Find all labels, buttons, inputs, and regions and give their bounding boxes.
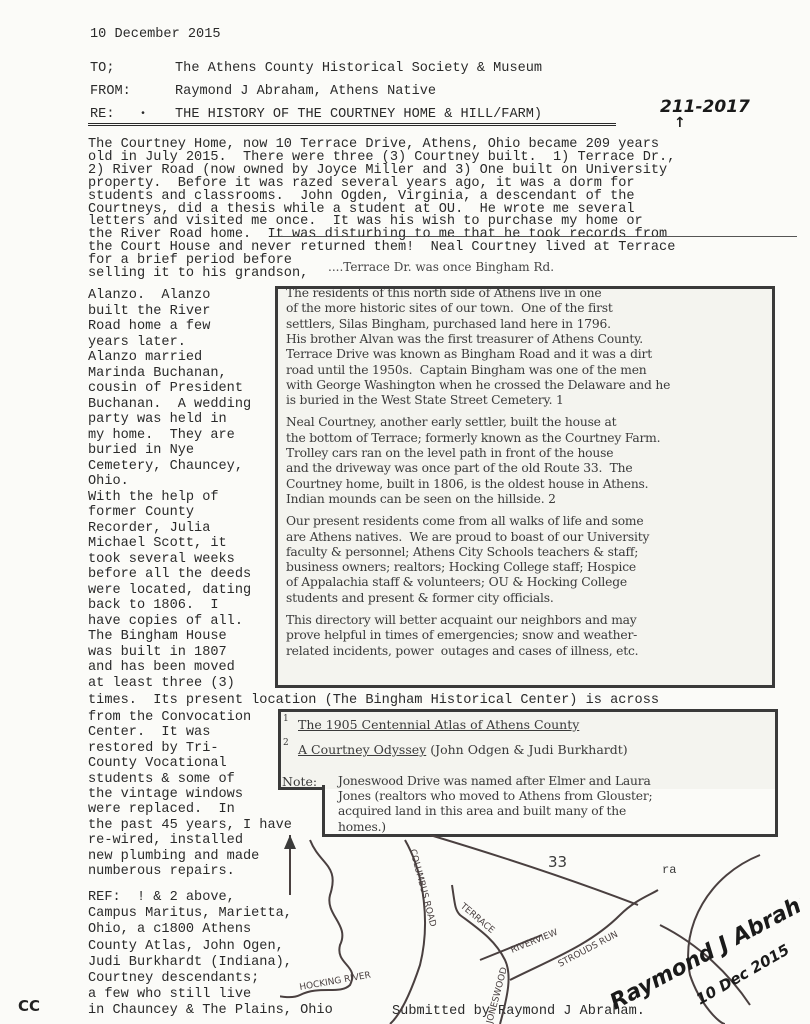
clipping-line: road until the 1950s. Captain Bingham wa… — [286, 363, 647, 378]
clipping-line: Terrace Drive was known as Bingham Road … — [286, 347, 652, 362]
left-column-line: Marinda Buchanan, — [88, 366, 227, 381]
left-column-line: Alanzo married — [88, 350, 202, 365]
left-column-2-line: the vintage windows — [88, 787, 243, 802]
re-value: THE HISTORY OF THE COURTNEY HOME & HILL/… — [175, 107, 542, 122]
left-column-line: former County — [88, 505, 194, 520]
route-33-line — [430, 835, 638, 905]
footnote-1-number: 1 — [283, 714, 289, 724]
re-underline — [88, 123, 616, 126]
left-column-line: have copies of all. — [88, 614, 243, 629]
clipping-box: The residents of this north side of Athe… — [275, 286, 775, 688]
to-label: TO; — [90, 61, 114, 76]
reference-line: a few who still live — [88, 987, 251, 1002]
left-column-line: years later. — [88, 335, 186, 350]
footnote-1-title: The 1905 Centennial Atlas of Athens Coun… — [298, 717, 579, 732]
left-column-2-line: students & some of — [88, 772, 235, 787]
clipping-line: prove helpful in times of emergencies; s… — [286, 628, 637, 643]
clipping-line: The residents of this north side of Athe… — [286, 286, 601, 301]
clipping-line: This directory will better acquaint our … — [286, 613, 637, 628]
left-column-line: party was held in — [88, 412, 227, 427]
handwritten-reference: 211-2017 — [660, 97, 750, 117]
letter-date: 10 December 2015 — [90, 27, 221, 42]
clipping-line: of the more historic sites of our town. … — [286, 301, 613, 316]
reference-line: Courtney descendants; — [88, 971, 259, 986]
clipping-line: related incidents, power outages and cas… — [286, 644, 638, 659]
note-line: acquired land in this area and built man… — [338, 804, 626, 819]
from-label: FROM: — [90, 84, 131, 99]
map-label-riverview: RIVERVIEW — [509, 928, 559, 956]
note-label: Note: — [282, 774, 317, 789]
map-label-strouds-run: STROUDS RUN — [557, 930, 620, 970]
left-column-2-line: restored by Tri- — [88, 741, 219, 756]
note-line: homes.) — [338, 820, 386, 835]
to-value: The Athens County Historical Society & M… — [175, 61, 542, 76]
left-column-line: were located, dating — [88, 583, 251, 598]
left-column-line: Buchanan. A wedding — [88, 397, 251, 412]
clipping-line: faculty & personnel; Athens City Schools… — [286, 545, 638, 560]
route-33-label: 33 — [548, 853, 567, 871]
left-column-2-line: County Vocational — [88, 756, 227, 771]
re-label: RE: — [90, 107, 114, 122]
left-column-2-line: were replaced. In — [88, 802, 235, 817]
left-column-line: my home. They are — [88, 428, 235, 443]
left-column-line: Cemetery, Chauncey, — [88, 459, 243, 474]
clipping-line: Indian mounds can be seen on the hillsid… — [286, 492, 556, 507]
left-column-line: Ohio. — [88, 474, 129, 489]
left-column-2-line: Center. It was — [88, 725, 210, 740]
clipping-line: Our present residents come from all walk… — [286, 514, 643, 529]
clipping-line: are Athens natives. We are proud to boas… — [286, 530, 649, 545]
left-column-line: took several weeks — [88, 552, 235, 567]
clipping-line: and the driveway was once part of the ol… — [286, 461, 632, 476]
stray-text: ra — [662, 863, 676, 877]
footnote-2-number: 2 — [283, 738, 289, 748]
footnote-2-authors: (John Odgen & Judi Burkhardt) — [426, 742, 627, 757]
left-column-line: With the help of — [88, 490, 219, 505]
clipping-line: with George Washington when he crossed t… — [286, 378, 670, 393]
left-column-2-line: new plumbing and made — [88, 849, 259, 864]
clipping-line: Courtney home, built in 1806, is the old… — [286, 477, 648, 492]
reference-line: Judi Burkhardt (Indiana), — [88, 955, 292, 970]
left-column-line: was built in 1807 — [88, 645, 227, 660]
clipping-line: Trolley cars ran on the level path in fr… — [286, 446, 613, 461]
left-column-line: built the River — [88, 304, 210, 319]
clipping-line: is buried in the West State Street Cemet… — [286, 393, 564, 408]
clipping-line: the bottom of Terrace; formerly known as… — [286, 431, 660, 446]
clipping-line: His brother Alvan was the first treasure… — [286, 332, 643, 347]
left-column-2-line: the past 45 years, I have — [88, 818, 292, 833]
reference-line: Ohio, a c1800 Athens — [88, 922, 251, 937]
left-column-line: Michael Scott, it — [88, 536, 227, 551]
footnote-2-title: A Courtney Odyssey — [298, 742, 426, 757]
intro-line: selling it to his grandson, — [88, 266, 308, 281]
clipping-line: of Appalachia staff & volunteers; OU & H… — [286, 575, 627, 590]
re-bullet: • — [140, 107, 146, 122]
hand-drawn-map: N 33 ra COLUMBUS ROAD TERRACE RIVERVIEW … — [280, 835, 800, 1024]
handwritten-arrow-icon: ↑ — [674, 115, 686, 131]
note-line: Jones (realtors who moved to Athens from… — [338, 789, 652, 804]
clipping-line: business owners; realtors; Hocking Colle… — [286, 560, 636, 575]
left-column-line: cousin of President — [88, 381, 243, 396]
from-value: Raymond J Abraham, Athens Native — [175, 84, 436, 99]
left-column-line: before all the deeds — [88, 567, 251, 582]
left-column-line: Road home a few — [88, 319, 210, 334]
north-arrow-icon — [284, 835, 296, 849]
left-column-line: The Bingham House — [88, 629, 227, 644]
clipping-line: students and present & former city offic… — [286, 591, 554, 606]
reference-line: Campus Maritus, Marietta, — [88, 906, 292, 921]
left-column-line: and has been moved — [88, 660, 235, 675]
clipping-line: settlers, Silas Bingham, purchased land … — [286, 317, 611, 332]
left-column-2-line: numberous repairs. — [88, 864, 235, 879]
footnote-2-citation: A Courtney Odyssey (John Odgen & Judi Bu… — [298, 742, 628, 757]
left-column-line: buried in Nye — [88, 443, 194, 458]
reference-line: County Atlas, John Ogen, — [88, 939, 284, 954]
clipping-line: Neal Courtney, another early settler, bu… — [286, 415, 616, 430]
cc-mark: CC — [18, 997, 40, 1015]
left-column-line: Alanzo. Alanzo — [88, 288, 210, 303]
strike-line — [272, 236, 797, 237]
note-line: Joneswood Drive was named after Elmer an… — [338, 774, 651, 789]
left-column-line: Recorder, Julia — [88, 521, 210, 536]
inline-bingham-note: ....Terrace Dr. was once Bingham Rd. — [328, 260, 554, 274]
left-column-2-line: from the Convocation — [88, 710, 251, 725]
left-column-line: back to 1806. I — [88, 598, 219, 613]
left-column-line: at least three (3) — [88, 676, 235, 691]
map-label-columbus-road: COLUMBUS ROAD — [407, 848, 437, 928]
body-location-line: times. Its present location (The Bingham… — [88, 693, 659, 708]
left-column-2-line: re-wired, installed — [88, 833, 243, 848]
reference-line: REF: ! & 2 above, — [88, 890, 235, 905]
